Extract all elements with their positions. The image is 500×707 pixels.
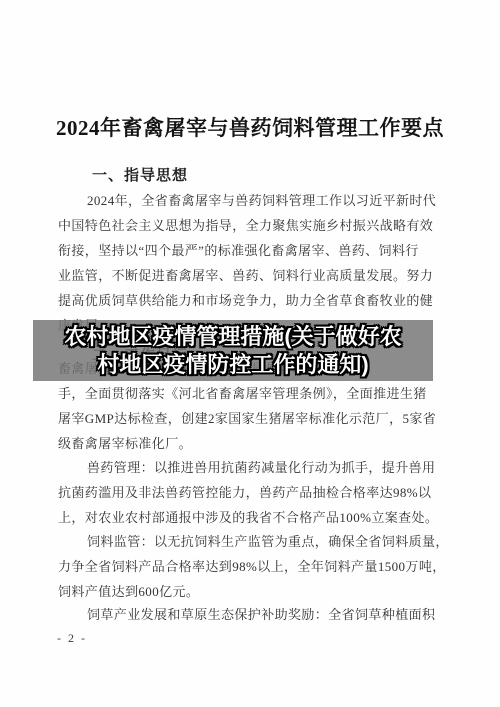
text-line: 提高优质饲草供给能力和市场竞争力，助力全省草食畜牧业的健 (58, 288, 448, 313)
overlay-caption: 农村地区疫情管理措施(关于做好农村地区疫情防控工作的通知) (33, 320, 433, 381)
text-line: 村地区疫情防控工作的通知) (33, 351, 433, 379)
page-number: - 2 - (57, 631, 87, 646)
text-line: 屠宰GMP达标检查，创建2家国家生猪屠宰标准化示范厂，5家省 (58, 406, 448, 431)
text-line: 农村地区疫情管理措施(关于做好农 (33, 323, 433, 351)
text-line: 手，全面贯彻落实《河北省畜禽屠宰管理条例》，全面推进生猪 (58, 381, 448, 406)
document-title: 2024年畜禽屠宰与兽药饲料管理工作要点 (0, 112, 500, 142)
text-line: 抗菌药滥用及非法兽药管控能力，兽药产品抽检合格率达98%以 (58, 480, 448, 505)
text-line: 饲料监管：以无抗饲料生产监管为重点，确保全省饲料质量， (58, 529, 448, 554)
overlay-caption-text: 农村地区疫情管理措施(关于做好农村地区疫情防控工作的通知) (33, 320, 433, 379)
text-line: 饲料产值达到600亿元。 (58, 579, 448, 604)
paragraph-veterinary-drug-management: 兽药管理：以推进兽用抗菌药减量化行动为抓手，提升兽用抗菌药滥用及非法兽药管控能力… (58, 455, 448, 530)
text-line: 业监管，不断促进畜禽屠宰、兽药、饲料行业高质量发展。努力 (58, 263, 448, 288)
text-line: 衔接，坚持以“四个最严”的标准强化畜禽屠宰、兽药、饲料行 (58, 238, 448, 263)
document-page: 2024年畜禽屠宰与兽药饲料管理工作要点 一、指导思想 2024年，全省畜禽屠宰… (0, 0, 500, 707)
paragraph-forage-industry: 饲草产业发展和草原生态保护补助奖励：全省饲草种植面积 (58, 602, 448, 627)
text-line: 力争全省饲料产品合格率达到98%以上，全年饲料产量1500万吨， (58, 554, 448, 579)
text-line: 饲草产业发展和草原生态保护补助奖励：全省饲草种植面积 (58, 602, 448, 627)
text-line: 中国特色社会主义思想为指导，全力聚焦实施乡村振兴战略有效 (58, 213, 448, 238)
text-line: 兽药管理：以推进兽用抗菌药减量化行动为抓手，提升兽用 (58, 455, 448, 480)
section-heading-guiding-ideology: 一、指导思想 (92, 164, 188, 185)
text-line: 上，对农业农村部通报中涉及的我省不合格产品100%立案查处。 (58, 505, 448, 530)
paragraph-guiding-ideology: 2024年，全省畜禽屠宰与兽药饲料管理工作以习近平新时代中国特色社会主义思想为指… (58, 188, 448, 338)
text-line: 2024年，全省畜禽屠宰与兽药饲料管理工作以习近平新时代 (58, 188, 448, 213)
paragraph-feed-supervision: 饲料监管：以无抗饲料生产监管为重点，确保全省饲料质量，力争全省饲料产品合格率达到… (58, 529, 448, 604)
text-line: 级畜禽屠宰标准化厂。 (58, 431, 448, 456)
